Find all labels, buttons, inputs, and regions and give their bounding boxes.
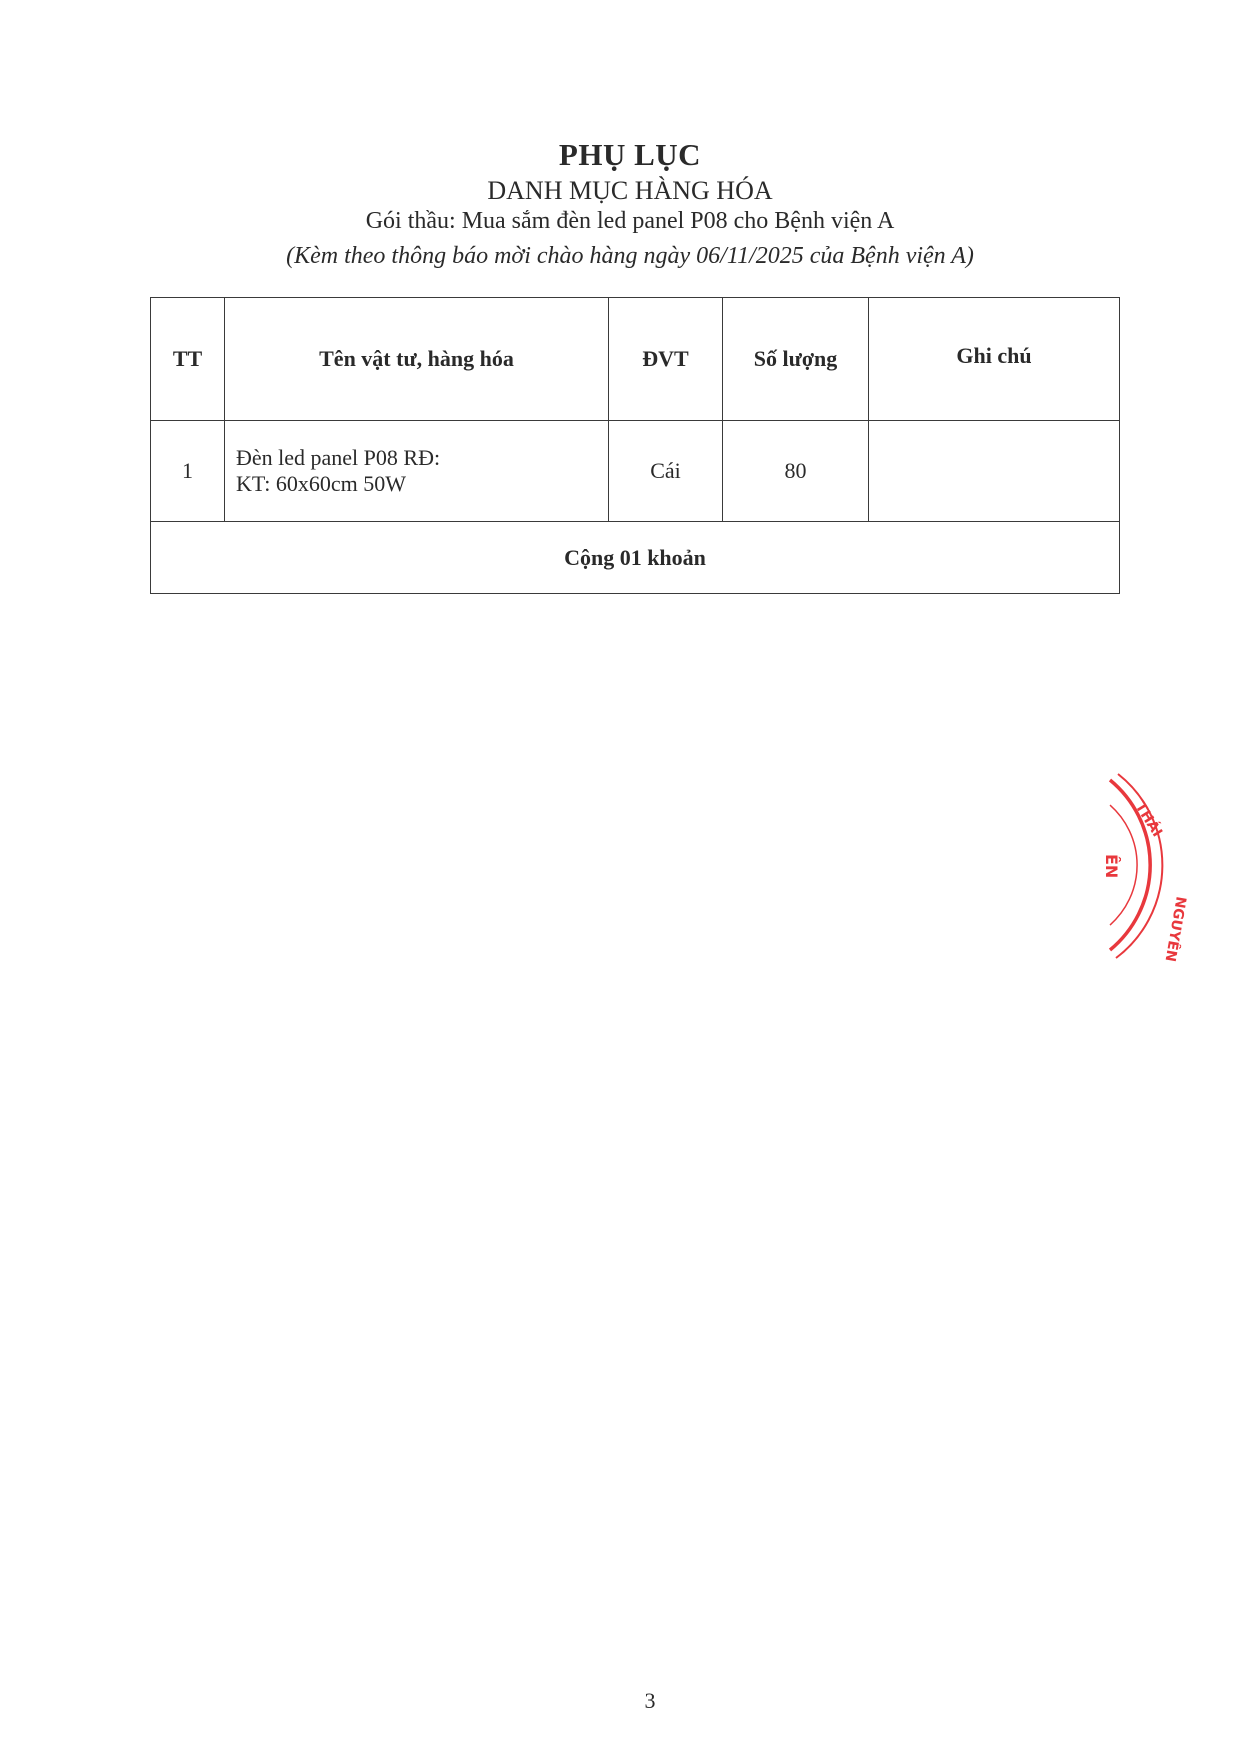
- header-unit: ĐVT: [609, 298, 723, 421]
- header-note-label: Ghi chú: [956, 343, 1031, 368]
- cell-note: [869, 421, 1120, 522]
- total-row: Cộng 01 khoản: [151, 522, 1120, 594]
- header-item-name: Tên vật tư, hàng hóa: [225, 298, 609, 421]
- svg-text:ÊN: ÊN: [1102, 854, 1121, 878]
- cell-unit: Cái: [609, 421, 723, 522]
- cell-quantity: 80: [723, 421, 869, 522]
- header-note: Ghi chú: [869, 298, 1120, 421]
- svg-text:NGUYÊN: NGUYÊN: [1161, 895, 1189, 963]
- header-tt: TT: [151, 298, 225, 421]
- goods-table: TT Tên vật tư, hàng hóa ĐVT Số lượng Ghi…: [150, 297, 1120, 594]
- table-row: 1 Đèn led panel P08 RĐ: KT: 60x60cm 50W …: [151, 421, 1120, 522]
- page-number: 3: [0, 1688, 1241, 1714]
- official-seal-stamp-icon: THÁI ÊN NGUYÊN: [1080, 750, 1241, 980]
- table-header-row: TT Tên vật tư, hàng hóa ĐVT Số lượng Ghi…: [151, 298, 1120, 421]
- svg-text:THÁI: THÁI: [1132, 799, 1166, 840]
- item-name-line2: KT: 60x60cm 50W: [236, 471, 608, 497]
- header-quantity: Số lượng: [723, 298, 869, 421]
- package-name: Gói thầu: Mua sắm đèn led panel P08 cho …: [0, 208, 1241, 235]
- item-name-line1: Đèn led panel P08 RĐ:: [236, 445, 608, 471]
- goods-list-title: DANH MỤC HÀNG HÓA: [0, 176, 1241, 206]
- attachment-note: (Kèm theo thông báo mời chào hàng ngày 0…: [0, 243, 1241, 270]
- cell-item-name: Đèn led panel P08 RĐ: KT: 60x60cm 50W: [225, 421, 609, 522]
- appendix-title: PHỤ LỤC: [0, 137, 1241, 173]
- total-label: Cộng 01 khoản: [151, 522, 1120, 594]
- cell-tt: 1: [151, 421, 225, 522]
